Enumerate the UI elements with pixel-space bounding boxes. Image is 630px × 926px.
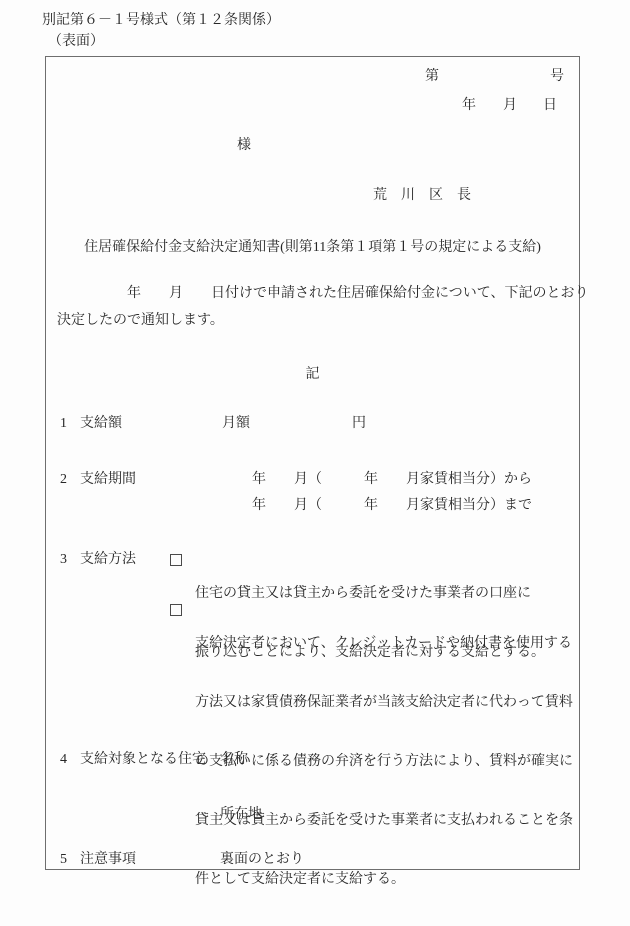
item-5-number: 5 [60, 851, 67, 868]
issuer-name: 荒 川 区 長 [373, 187, 471, 204]
item-5-label: 注意事項 [80, 851, 136, 868]
doc-number-suffix: 号 [550, 68, 564, 85]
item-4-label: 支給対象となる住宅 [80, 751, 206, 768]
item-2-label: 支給期間 [80, 471, 136, 488]
form-box: 第 号 年 月 日 様 荒 川 区 長 住居確保給付金支給決定通知書(則第11条… [45, 56, 580, 870]
date-year-label: 年 [462, 97, 476, 114]
date-day-label: 日 [543, 97, 557, 114]
document-title: 住居確保給付金支給決定通知書(則第11条第１項第１号の規定による支給) [46, 239, 579, 256]
option-line: の支払いに係る債務の弁済を行う方法により、賃料が確実に [195, 749, 573, 774]
item-3-number: 3 [60, 551, 67, 568]
date-month-label: 月 [503, 97, 517, 114]
item-3-label: 支給方法 [80, 551, 136, 568]
item-4-number: 4 [60, 751, 67, 768]
item-4-address-label: 所在地 [220, 806, 262, 823]
item-2-period-from: 年 月（ 年 月家賃相当分）から [252, 471, 532, 488]
body-line-1: 年 月 日付けで申請された住居確保給付金について、下記のとおり [127, 285, 588, 302]
item-4-name-label: 名称 [220, 751, 248, 768]
checkbox-icon[interactable] [170, 554, 182, 566]
option-line: 件として支給決定者に支給する。 [195, 867, 573, 892]
item-5-value: 裏面のとおり [220, 851, 304, 868]
item-2-period-to: 年 月（ 年 月家賃相当分）まで [252, 497, 532, 514]
doc-number-prefix: 第 [425, 68, 439, 85]
option-line: 支給決定者において、クレジットカードや納付書を使用する [195, 631, 573, 656]
item-1-yen-label: 円 [352, 415, 366, 432]
addressee-suffix: 様 [237, 137, 251, 154]
item-1-number: 1 [60, 415, 67, 432]
side-label: （表面） [48, 33, 104, 50]
body-line-2: 決定したので通知します。 [57, 312, 224, 329]
item-1-label: 支給額 [80, 415, 122, 432]
item-1-amount-label: 月額 [222, 415, 250, 432]
item-2-number: 2 [60, 471, 67, 488]
form-id-label: 別記第６－１号様式（第１２条関係） [42, 12, 280, 29]
checkbox-icon[interactable] [170, 604, 182, 616]
list-marker: 記 [46, 366, 579, 383]
item-3-option-2-text: 支給決定者において、クレジットカードや納付書を使用する 方法又は家賃債務保証業者… [195, 597, 573, 926]
option-line: 方法又は家賃債務保証業者が当該支給決定者に代わって賃料 [195, 690, 573, 715]
